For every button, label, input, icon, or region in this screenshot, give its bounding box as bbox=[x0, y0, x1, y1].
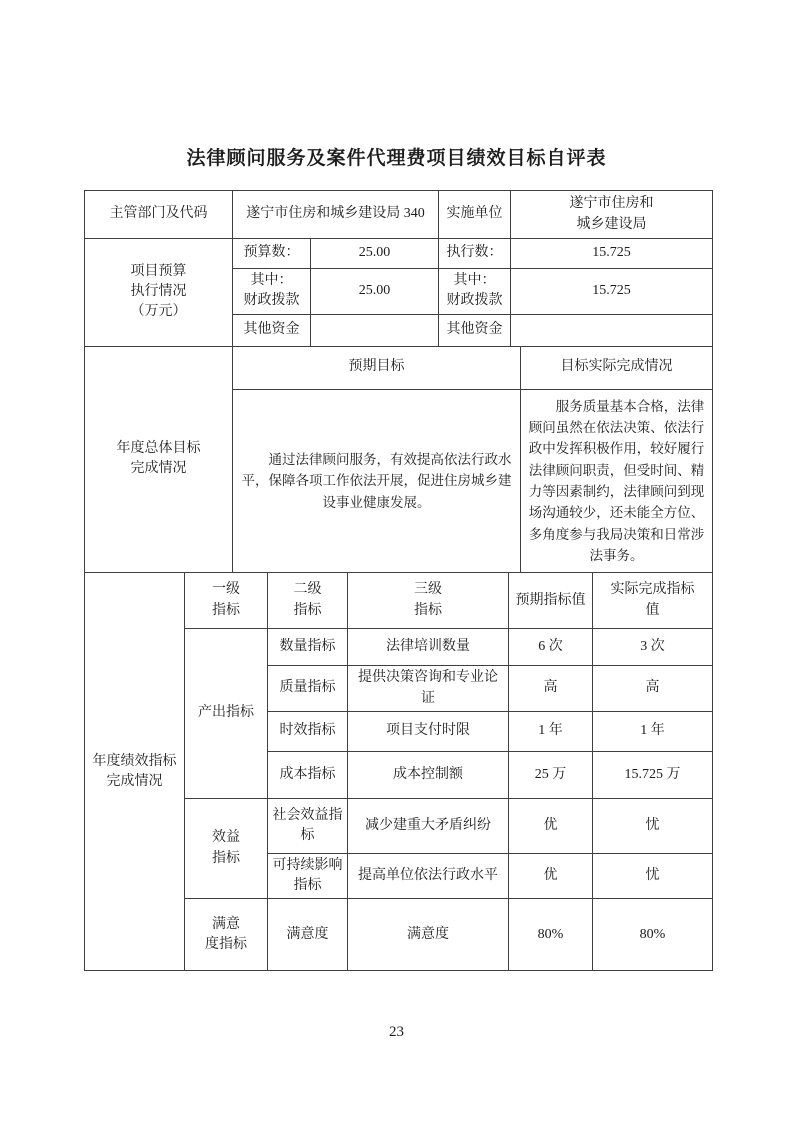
group-satisfaction-label: 满意 度指标 bbox=[185, 899, 268, 971]
indicator-expected: 6 次 bbox=[509, 629, 593, 666]
indicator-expected: 优 bbox=[509, 853, 593, 899]
budget-section-label: 项目预算 执行情况 （万元） bbox=[85, 239, 233, 347]
section-indicators: 年度绩效指标 完成情况 一级 指标 二级 指标 三级 指标 预期指标值 实际完成… bbox=[84, 572, 713, 971]
annual-goal-section-label: 年度总体目标 完成情况 bbox=[85, 346, 233, 573]
budget-executed-label: 执行数： bbox=[439, 239, 511, 269]
indicator-actual: 忧 bbox=[593, 798, 713, 853]
expected-goal-text: 通过法律顾问服务，有效提高依法行政水平，保障各项工作依法开展，促进住房城乡建设事… bbox=[233, 389, 521, 573]
budget-other-funds-value bbox=[311, 314, 439, 346]
indicator-expected: 1 年 bbox=[509, 711, 593, 751]
indicator-expected: 25 万 bbox=[509, 751, 593, 798]
evaluation-table: 主管部门及代码 遂宁市住房和城乡建设局 340 实施单位 遂宁市住房和 城乡建设… bbox=[84, 190, 712, 971]
indicator-level3: 成本控制额 bbox=[348, 751, 509, 798]
budget-expected-value: 25.00 bbox=[311, 239, 439, 269]
page-title: 法律顾问服务及案件代理费项目绩效目标自评表 bbox=[0, 143, 793, 170]
implementing-unit-value: 遂宁市住房和 城乡建设局 bbox=[511, 191, 713, 239]
budget-fiscal-label: 其中： 财政拨款 bbox=[233, 269, 311, 315]
executed-other-funds-value bbox=[511, 314, 713, 346]
indicator-level3: 项目支付时限 bbox=[348, 711, 509, 751]
indicator-level2: 质量指标 bbox=[268, 666, 348, 712]
indicator-expected: 80% bbox=[509, 899, 593, 971]
header-level1: 一级 指标 bbox=[185, 573, 268, 629]
indicator-level2: 满意度 bbox=[268, 899, 348, 971]
indicator-level2: 时效指标 bbox=[268, 711, 348, 751]
header-level3: 三级 指标 bbox=[348, 573, 509, 629]
budget-other-funds-label: 其他资金 bbox=[233, 314, 311, 346]
indicator-expected: 优 bbox=[509, 798, 593, 853]
section-dept-budget: 主管部门及代码 遂宁市住房和城乡建设局 340 实施单位 遂宁市住房和 城乡建设… bbox=[84, 190, 713, 347]
indicator-level2: 数量指标 bbox=[268, 629, 348, 666]
indicator-actual: 80% bbox=[593, 899, 713, 971]
executed-fiscal-label: 其中： 财政拨款 bbox=[439, 269, 511, 315]
indicator-level3: 满意度 bbox=[348, 899, 509, 971]
indicator-actual: 3 次 bbox=[593, 629, 713, 666]
indicator-level3: 法律培训数量 bbox=[348, 629, 509, 666]
group-benefit-label: 效益 指标 bbox=[185, 798, 268, 899]
dept-code-value: 遂宁市住房和城乡建设局 340 bbox=[233, 191, 439, 239]
indicator-expected: 高 bbox=[509, 666, 593, 712]
indicator-level2: 社会效益指标 bbox=[268, 798, 348, 853]
header-actual-value: 实际完成指标 值 bbox=[593, 573, 713, 629]
group-output-label: 产出指标 bbox=[185, 629, 268, 799]
indicator-level3: 提供决策咨询和专业论证 bbox=[348, 666, 509, 712]
indicator-level2: 可持续影响指标 bbox=[268, 853, 348, 899]
budget-expected-label: 预算数： bbox=[233, 239, 311, 269]
indicator-actual: 高 bbox=[593, 666, 713, 712]
header-expected-value: 预期指标值 bbox=[509, 573, 593, 629]
section-annual-goal: 年度总体目标 完成情况 预期目标 目标实际完成情况 通过法律顾问服务，有效提高依… bbox=[84, 346, 713, 574]
dept-code-label: 主管部门及代码 bbox=[85, 191, 233, 239]
expected-goal-header: 预期目标 bbox=[233, 346, 521, 389]
indicator-actual: 忧 bbox=[593, 853, 713, 899]
header-level2: 二级 指标 bbox=[268, 573, 348, 629]
actual-goal-text: 服务质量基本合格，法律顾问虽然在依法决策、依法行政中发挥积极作用，较好履行法律顾… bbox=[521, 389, 713, 573]
indicators-section-label: 年度绩效指标 完成情况 bbox=[85, 573, 185, 971]
indicator-level3: 提高单位依法行政水平 bbox=[348, 853, 509, 899]
implementing-unit-label: 实施单位 bbox=[439, 191, 511, 239]
executed-fiscal-value: 15.725 bbox=[511, 269, 713, 315]
indicator-actual: 1 年 bbox=[593, 711, 713, 751]
indicator-level2: 成本指标 bbox=[268, 751, 348, 798]
indicator-actual: 15.725 万 bbox=[593, 751, 713, 798]
executed-other-funds-label: 其他资金 bbox=[439, 314, 511, 346]
actual-goal-header: 目标实际完成情况 bbox=[521, 346, 713, 389]
indicator-level3: 减少建重大矛盾纠纷 bbox=[348, 798, 509, 853]
budget-fiscal-value: 25.00 bbox=[311, 269, 439, 315]
page-number: 23 bbox=[0, 1024, 793, 1041]
budget-executed-value: 15.725 bbox=[511, 239, 713, 269]
